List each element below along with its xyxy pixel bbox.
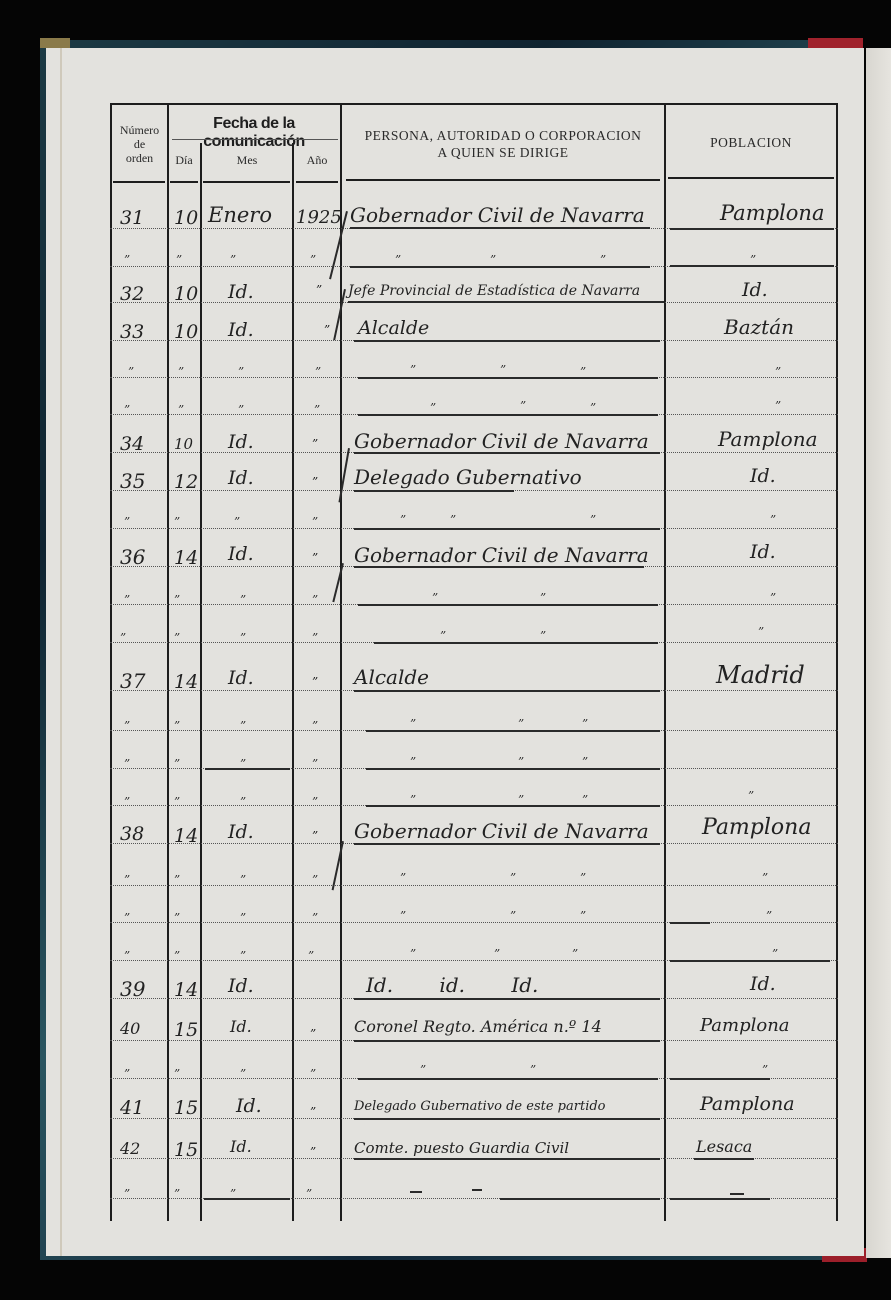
header-bottom-rule xyxy=(668,177,834,179)
entry-36-dia: 14 xyxy=(174,547,198,569)
entry-31-persona-underline xyxy=(350,227,650,229)
entry-31-poblacion: Pamplona xyxy=(720,201,824,225)
header-numero-line1: Número xyxy=(112,123,167,137)
entry-35-poblacion: Id. xyxy=(750,465,776,487)
ditto-mark: ” xyxy=(758,625,764,639)
header-mes: Mes xyxy=(202,153,292,167)
ditto-mark: ” xyxy=(312,873,318,887)
ditto-mark: ” xyxy=(762,871,768,885)
ditto-mark: ” xyxy=(400,513,406,527)
ditto-mark: ” xyxy=(240,911,246,925)
ditto-mark: ” xyxy=(128,365,134,379)
col-rule-mes xyxy=(292,143,294,1221)
ditto-mark: ” xyxy=(582,717,588,731)
entry-36-poblacion: Id. xyxy=(750,541,776,563)
ditto-mark: ” xyxy=(520,399,526,413)
entry-35-mes: Id. xyxy=(228,467,254,489)
ditto-mark: ” xyxy=(240,631,246,645)
ditto-mark: ” xyxy=(124,949,130,963)
ditto-mark: ” xyxy=(240,873,246,887)
entry-40-ano: ” xyxy=(310,1027,316,1041)
ditto-mark: ” xyxy=(306,1187,312,1201)
ditto-underline xyxy=(670,922,710,924)
col-rule-ano xyxy=(340,103,342,1221)
ditto-mark: ” xyxy=(540,591,546,605)
header-persona: PERSONA, AUTORIDAD O CORPORACION A QUIEN… xyxy=(342,127,664,161)
ditto-underline xyxy=(366,730,660,732)
ditto-mark: ” xyxy=(124,253,130,267)
entry-33-ano: ” xyxy=(324,323,330,337)
col-rule-dia xyxy=(200,143,202,1221)
ditto-mark: ” xyxy=(178,365,184,379)
entry-36-ano: ” xyxy=(312,551,318,565)
ditto-mark: ” xyxy=(238,365,244,379)
ditto-mark: ” xyxy=(762,1063,768,1077)
ditto-mark: ” xyxy=(400,871,406,885)
entry-37-numero: 37 xyxy=(120,669,145,693)
ditto-underline xyxy=(670,1198,770,1200)
ditto-mark: ” xyxy=(770,513,776,527)
entry-38-persona-underline xyxy=(354,843,660,845)
entry-37-mes: Id. xyxy=(228,667,254,689)
ditto-mark: ” xyxy=(772,947,778,961)
ditto-mark: ” xyxy=(174,593,180,607)
entry-39-numero: 39 xyxy=(120,977,145,1001)
ditto-mark: ” xyxy=(410,717,416,731)
ditto-mark: ” xyxy=(124,593,130,607)
entry-37-ano: ” xyxy=(312,675,318,689)
ditto-mark: ” xyxy=(174,515,180,529)
header-numero-line2: de xyxy=(112,137,167,151)
ditto-mark: ” xyxy=(580,871,586,885)
entry-42-mes: Id. xyxy=(230,1137,252,1156)
dash-mark xyxy=(410,1191,422,1193)
entry-35-persona-underline xyxy=(354,490,514,492)
entry-41-numero: 41 xyxy=(120,1097,144,1119)
entry-32-ano: ” xyxy=(316,283,322,297)
ditto-mark: ” xyxy=(124,515,130,529)
ditto-mark: ” xyxy=(124,1067,130,1081)
ditto-underline xyxy=(204,1198,290,1200)
header-bottom-rule xyxy=(296,181,338,183)
entry-39-dia: 14 xyxy=(174,979,198,1001)
entry-36-persona-underline xyxy=(354,566,644,568)
ditto-underline xyxy=(358,1078,658,1080)
header-persona-line1: PERSONA, AUTORIDAD O CORPORACION xyxy=(342,127,664,144)
ditto-mark: ” xyxy=(174,757,180,771)
header-dia: Día xyxy=(168,153,200,167)
ditto-underline xyxy=(358,377,658,379)
ditto-mark: ” xyxy=(124,403,130,417)
entry-32-numero: 32 xyxy=(120,283,144,305)
entry-31-dia: 10 xyxy=(174,207,198,229)
entry-34-mes: Id. xyxy=(228,431,254,453)
ditto-underline xyxy=(670,265,834,267)
entry-32-poblacion: Id. xyxy=(742,279,768,301)
next-page-edge xyxy=(866,48,891,1258)
entry-33-persona: Alcalde xyxy=(358,317,429,339)
entry-39-persona: Id. id. Id. xyxy=(366,973,538,997)
entry-33-persona-underline xyxy=(354,340,660,342)
entry-34-poblacion: Pamplona xyxy=(718,427,818,451)
ditto-mark: ” xyxy=(530,1063,536,1077)
entry-42-ano: ” xyxy=(310,1145,316,1159)
ditto-mark: ” xyxy=(174,873,180,887)
header-bottom-rule xyxy=(346,179,660,181)
entry-38-numero: 38 xyxy=(120,823,144,845)
entry-33-mes: Id. xyxy=(228,319,254,341)
dash-mark xyxy=(472,1189,482,1191)
ditto-mark: ” xyxy=(174,1187,180,1201)
ditto-mark: ” xyxy=(410,363,416,377)
ditto-mark: ” xyxy=(312,515,318,529)
entry-42-dia: 15 xyxy=(174,1139,198,1161)
entry-38-ano: ” xyxy=(312,829,318,843)
entry-38-dia: 14 xyxy=(174,825,198,847)
entry-38-poblacion: Pamplona xyxy=(702,815,811,840)
ditto-mark: ” xyxy=(572,947,578,961)
ditto-mark: ” xyxy=(178,403,184,417)
ditto-mark: ” xyxy=(582,755,588,769)
entry-32-persona-underline xyxy=(348,301,664,303)
entry-37-persona-underline xyxy=(354,690,660,692)
ditto-underline xyxy=(358,414,658,416)
ditto-mark: ” xyxy=(124,911,130,925)
ditto-underline xyxy=(350,266,650,268)
ditto-mark: ” xyxy=(510,871,516,885)
ditto-mark: ” xyxy=(312,795,318,809)
ditto-underline xyxy=(374,642,658,644)
ditto-mark: ” xyxy=(400,909,406,923)
ditto-mark: ” xyxy=(312,911,318,925)
ditto-mark: ” xyxy=(124,1187,130,1201)
entry-32-dia: 10 xyxy=(174,283,198,305)
entry-32-mes: Id. xyxy=(228,281,254,303)
header-numero-line3: orden xyxy=(112,151,167,165)
ditto-mark: ” xyxy=(230,253,236,267)
entry-31-ano: 1925 xyxy=(296,207,342,228)
ditto-mark: ” xyxy=(450,513,456,527)
entry-31-mes: Enero xyxy=(208,203,272,227)
page-gutter-fold xyxy=(60,48,62,1256)
entry-42-persona-underline xyxy=(354,1158,660,1160)
entry-38-mes: Id. xyxy=(228,821,254,843)
ditto-mark: ” xyxy=(312,757,318,771)
entry-31-numero: 31 xyxy=(120,207,144,229)
ditto-mark: ” xyxy=(432,591,438,605)
ditto-mark: ” xyxy=(766,909,772,923)
entry-35-numero: 35 xyxy=(120,469,145,493)
header-fecha-group: Fecha de la comunicación xyxy=(168,115,340,151)
header-bottom-rule xyxy=(170,181,198,183)
ditto-mark: ” xyxy=(234,515,240,529)
entry-41-persona-underline xyxy=(354,1118,660,1120)
ditto-mark: ” xyxy=(775,399,781,413)
entry-41-poblacion: Pamplona xyxy=(700,1093,795,1115)
header-fecha-underline xyxy=(172,139,338,140)
ditto-mark: ” xyxy=(518,755,524,769)
entry-35-ano: ” xyxy=(312,475,318,489)
entry-35-dia: 12 xyxy=(174,471,198,493)
ditto-mark: ” xyxy=(440,629,446,643)
header-bottom-rule xyxy=(203,181,290,183)
ditto-mark: ” xyxy=(510,909,516,923)
entry-34-dia: 10 xyxy=(174,435,193,453)
ditto-underline xyxy=(670,1078,770,1080)
entry-33-numero: 33 xyxy=(120,321,144,343)
ditto-mark: ” xyxy=(395,253,401,267)
ditto-mark: ” xyxy=(410,755,416,769)
col-rule-numero xyxy=(167,103,169,1221)
ditto-mark: ” xyxy=(310,1067,316,1081)
entry-34-persona: Gobernador Civil de Navarra xyxy=(354,429,649,453)
entry-41-persona: Delegado Gubernativo de este partido xyxy=(354,1099,606,1114)
entry-33-poblacion: Baztán xyxy=(724,315,794,339)
ditto-mark: ” xyxy=(240,1067,246,1081)
ditto-mark: ” xyxy=(174,795,180,809)
entry-33-dia: 10 xyxy=(174,321,198,343)
entry-40-persona: Coronel Regto. América n.º 14 xyxy=(354,1017,602,1036)
ditto-mark: ” xyxy=(420,1063,426,1077)
ditto-mark: ” xyxy=(240,795,246,809)
col-rule-right xyxy=(836,103,838,1221)
ditto-mark: ” xyxy=(174,949,180,963)
ditto-underline xyxy=(205,768,290,770)
ditto-mark: ” xyxy=(748,789,754,803)
entry-31-poblacion-underline xyxy=(670,228,834,230)
entry-41-ano: ” xyxy=(310,1105,316,1119)
entry-41-dia: 15 xyxy=(174,1097,198,1119)
col-rule-persona xyxy=(664,103,666,1221)
ditto-underline xyxy=(670,960,830,962)
entry-34-ano: ” xyxy=(312,437,318,451)
entry-40-persona-underline xyxy=(354,1040,660,1042)
entry-40-dia: 15 xyxy=(174,1019,198,1041)
ditto-underline xyxy=(358,604,658,606)
ditto-mark: ” xyxy=(770,591,776,605)
register-table: Número de orden Fecha de la comunicación… xyxy=(110,103,838,1221)
header-poblacion: POBLACION xyxy=(666,134,836,151)
entry-42-poblacion: Lesaca xyxy=(696,1137,752,1156)
ditto-mark: ” xyxy=(312,631,318,645)
ditto-mark: ” xyxy=(240,593,246,607)
ditto-mark: ” xyxy=(312,593,318,607)
ditto-mark: ” xyxy=(590,513,596,527)
entry-40-poblacion: Pamplona xyxy=(700,1015,790,1036)
header-numero: Número de orden xyxy=(112,123,167,165)
ditto-mark: ” xyxy=(410,947,416,961)
ditto-underline xyxy=(500,1198,660,1200)
ditto-mark: ” xyxy=(308,949,314,963)
entry-36-numero: 36 xyxy=(120,545,145,569)
entry-38-persona: Gobernador Civil de Navarra xyxy=(354,819,649,843)
entry-42-poblacion-underline xyxy=(694,1158,754,1160)
ditto-mark: ” xyxy=(174,719,180,733)
ruled-line xyxy=(110,885,838,886)
book-cover-corner xyxy=(40,38,70,48)
ditto-mark: ” xyxy=(310,253,316,267)
entry-37-dia: 14 xyxy=(174,671,198,693)
entry-41-mes: Id. xyxy=(236,1095,262,1117)
header-bottom-rule xyxy=(113,181,165,183)
ditto-mark: ” xyxy=(174,911,180,925)
entry-37-persona: Alcalde xyxy=(354,665,429,689)
ditto-mark: ” xyxy=(540,629,546,643)
entry-37-poblacion: Madrid xyxy=(716,661,805,689)
ditto-mark: ” xyxy=(315,365,321,379)
entry-34-numero: 34 xyxy=(120,433,144,455)
ditto-mark: ” xyxy=(124,757,130,771)
ditto-mark: ” xyxy=(490,253,496,267)
header-persona-line2: A QUIEN SE DIRIGE xyxy=(342,144,664,161)
entry-32-persona: Jefe Provincial de Estadística de Navarr… xyxy=(348,283,640,299)
ditto-mark: ” xyxy=(312,719,318,733)
entry-39-mes: Id. xyxy=(228,975,254,997)
entry-40-mes: Id. xyxy=(230,1017,252,1036)
ditto-mark: ” xyxy=(775,365,781,379)
ditto-underline xyxy=(366,805,660,807)
entry-34-persona-underline xyxy=(354,452,660,454)
header-ano: Año xyxy=(294,153,340,167)
ditto-mark: ” xyxy=(176,253,182,267)
ditto-underline xyxy=(354,528,660,530)
ditto-mark: ” xyxy=(238,403,244,417)
entry-36-mes: Id. xyxy=(228,543,254,565)
entry-36-persona: Gobernador Civil de Navarra xyxy=(354,543,649,567)
ditto-mark: ” xyxy=(174,631,180,645)
ditto-mark: ” xyxy=(240,949,246,963)
dash-mark xyxy=(730,1193,744,1195)
entry-31-persona: Gobernador Civil de Navarra xyxy=(350,203,645,227)
entry-42-numero: 42 xyxy=(120,1139,140,1158)
ditto-mark: ” xyxy=(590,401,596,415)
ruled-line xyxy=(110,922,838,923)
ditto-underline xyxy=(366,768,660,770)
entry-40-numero: 40 xyxy=(120,1019,140,1038)
entry-39-poblacion: Id. xyxy=(750,973,776,995)
ditto-mark: ” xyxy=(124,795,130,809)
ditto-mark: ” xyxy=(174,1067,180,1081)
ditto-mark: ” xyxy=(500,363,506,377)
ditto-mark: ” xyxy=(580,909,586,923)
entry-35-persona: Delegado Gubernativo xyxy=(354,465,582,489)
col-rule-left xyxy=(110,103,112,1221)
ditto-mark: ” xyxy=(120,631,126,645)
ditto-mark: ” xyxy=(518,717,524,731)
ditto-mark: ” xyxy=(240,719,246,733)
ditto-mark: ” xyxy=(494,947,500,961)
ditto-mark: ” xyxy=(430,401,436,415)
entry-39-persona-underline xyxy=(354,998,660,1000)
entry-42-persona: Comte. puesto Guardia Civil xyxy=(354,1139,569,1157)
ditto-mark: ” xyxy=(124,719,130,733)
ditto-mark: ” xyxy=(600,253,606,267)
ditto-mark: ” xyxy=(314,403,320,417)
table-top-rule xyxy=(110,103,838,105)
ditto-mark: ” xyxy=(124,873,130,887)
